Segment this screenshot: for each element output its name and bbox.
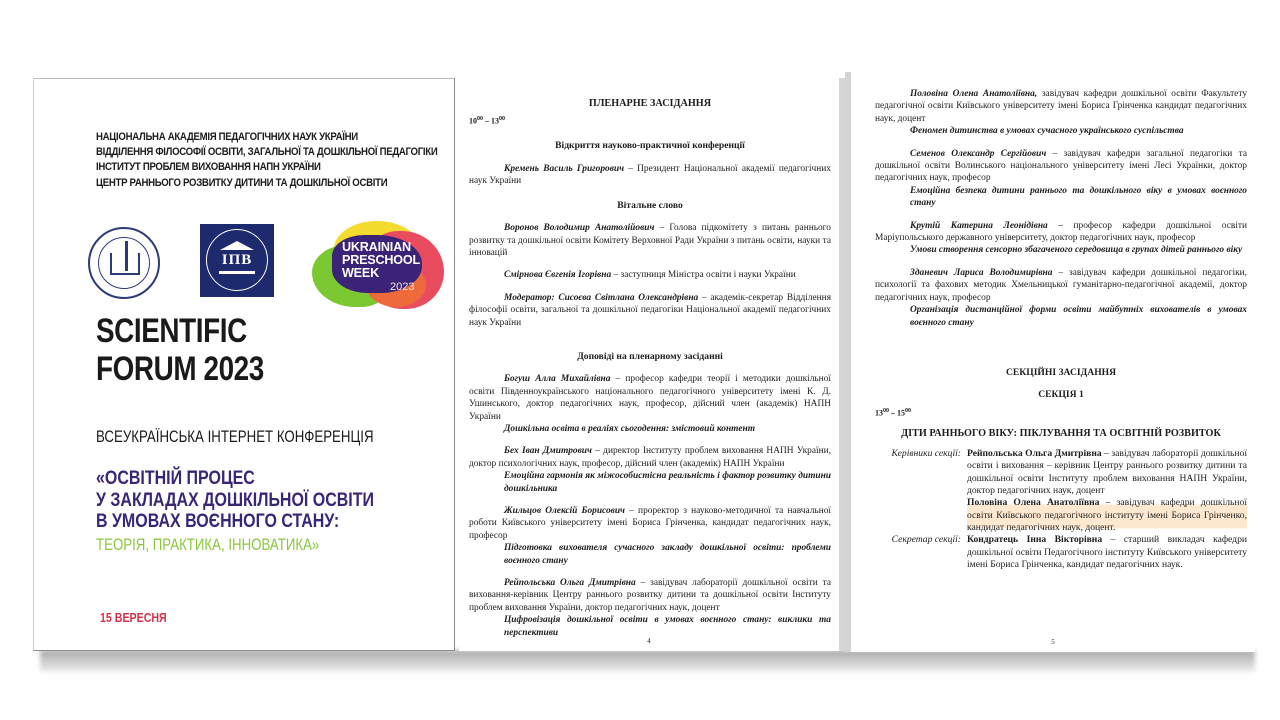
section-secretary: Секретар секції: Кондратець Інна Вікторі… bbox=[875, 534, 1247, 571]
speaker-entry: Воронов Володимир Анатолійович – Голова … bbox=[469, 222, 831, 259]
report-entry: Крутій Катерина Леонідівна – професор ка… bbox=[875, 220, 1247, 245]
report-topic: Умови створення сенсорно збагаченого сер… bbox=[875, 244, 1247, 256]
organization-line: ВІДДІЛЕННЯ ФІЛОСОФІЇ ОСВІТИ, ЗАГАЛЬНОЇ Т… bbox=[96, 145, 437, 160]
speaker-entry: Смірнова Євгенія Ігорівна – заступниця М… bbox=[469, 269, 831, 281]
report-entry: Рейпольська Ольга Дмитрівна – завідувач … bbox=[469, 577, 831, 614]
report-entry: Бех Іван Дмитрович – директор Інституту … bbox=[469, 445, 831, 470]
page-number: 5 bbox=[851, 636, 1255, 648]
report-entry: Жильцов Олексій Борисович – проректор з … bbox=[469, 505, 831, 542]
report-topic: Феномен дитинства в умовах сучасного укр… bbox=[875, 125, 1247, 137]
report-topic: Організація дистанційної форми освіти ма… bbox=[875, 304, 1247, 329]
speaker-entry: Кремень Василь Григорович – Президент На… bbox=[469, 163, 831, 188]
section-title: СЕКЦІЯ 1 bbox=[875, 389, 1247, 401]
secretary-label: Секретар секції: bbox=[875, 534, 967, 571]
leaders-label: Керівники секції: bbox=[875, 448, 967, 534]
program-page-4: ПЛЕНАРНЕ ЗАСІДАННЯ 1000 – 1300 Відкриття… bbox=[459, 78, 845, 651]
logos-row: ІПВ UKRAINIAN PRESCHOOL WEEK 2023 bbox=[82, 219, 442, 309]
organizations-list: НАЦІОНАЛЬНА АКАДЕМІЯ ПЕДАГОГІЧНИХ НАУК У… bbox=[96, 130, 437, 191]
report-entry: Семенов Олександр Сергійович – завідувач… bbox=[875, 148, 1247, 185]
opening-heading: Відкриття науково-практичної конференції bbox=[469, 140, 831, 152]
report-topic: Емоційна безпека дитини раннього та дошк… bbox=[875, 185, 1247, 210]
welcome-heading: Вітальне слово bbox=[469, 200, 831, 212]
forum-title: SCIENTIFIC FORUM 2023 bbox=[96, 312, 264, 388]
ipv-emblem-icon: ІПВ bbox=[200, 224, 274, 297]
ipv-letters: ІПВ bbox=[219, 252, 255, 269]
page-number: 4 bbox=[459, 635, 839, 647]
leader-entry: Рейпольська Ольга Дмитрівна – завідувач … bbox=[967, 448, 1247, 497]
section-leaders: Керівники секції: Рейпольська Ольга Дмит… bbox=[875, 448, 1247, 534]
napn-emblem-icon bbox=[88, 227, 160, 299]
leader-entry: Половіна Олена Анатоліївна – завідувач к… bbox=[967, 497, 1247, 534]
reports-heading: Доповіді на пленарному засіданні bbox=[469, 351, 831, 363]
ukrainian-preschool-week-logo: UKRAINIAN PRESCHOOL WEEK 2023 bbox=[312, 219, 442, 311]
plenary-time: 1000 – 1300 bbox=[469, 113, 831, 128]
report-topic: Дошкільна освіта в реаліях сьогодення: з… bbox=[469, 423, 831, 435]
report-entry: Половіна Олена Анатоліївна, завідувач ка… bbox=[875, 88, 1247, 125]
cover-page: НАЦІОНАЛЬНА АКАДЕМІЯ ПЕДАГОГІЧНИХ НАУК У… bbox=[33, 78, 455, 651]
program-page-5: Половіна Олена Анатоліївна, завідувач ка… bbox=[845, 72, 1255, 652]
report-entry: Зданевич Лариса Володимирівна – завідува… bbox=[875, 267, 1247, 304]
conference-date: 15 ВЕРЕСНЯ bbox=[100, 611, 167, 625]
plenary-heading: ПЛЕНАРНЕ ЗАСІДАННЯ bbox=[469, 98, 831, 110]
section-time: 1300 – 1500 bbox=[875, 405, 1247, 420]
conference-subtitle: ВСЕУКРАЇНСЬКА ІНТЕРНЕТ КОНФЕРЕНЦІЯ bbox=[96, 427, 374, 447]
organization-line: ІНСТИТУТ ПРОБЛЕМ ВИХОВАННЯ НАПН УКРАЇНИ bbox=[96, 160, 437, 175]
report-entry: Богуш Алла Михайлівна – професор кафедри… bbox=[469, 373, 831, 423]
report-topic: Підготовка вихователя сучасного закладу … bbox=[469, 542, 831, 567]
sections-heading: СЕКЦІЙНІ ЗАСІДАННЯ bbox=[875, 367, 1247, 379]
organization-line: НАЦІОНАЛЬНА АКАДЕМІЯ ПЕДАГОГІЧНИХ НАУК У… bbox=[96, 130, 437, 145]
moderator-entry: Модератор: Сисоєва Світлана Олександрівн… bbox=[469, 292, 831, 329]
section-theme: ДІТИ РАННЬОГО ВІКУ: ПІКЛУВАННЯ ТА ОСВІТН… bbox=[875, 428, 1247, 440]
ups-logo-year: 2023 bbox=[390, 281, 414, 293]
organization-line: ЦЕНТР РАННЬОГО РОЗВИТКУ ДИТИНИ ТА ДОШКІЛ… bbox=[96, 176, 437, 191]
secretary-entry: Кондратець Інна Вікторівна – старший вик… bbox=[967, 534, 1247, 571]
page-shadow bbox=[40, 650, 1255, 674]
conference-theme-subtitle: ТЕОРІЯ, ПРАКТИКА, ІННОВАТИКА» bbox=[96, 535, 319, 555]
conference-theme: «ОСВІТНІЙ ПРОЦЕС У ЗАКЛАДАХ ДОШКІЛЬНОЇ О… bbox=[96, 468, 374, 533]
report-topic: Емоційна гармонія як міжособистісна реал… bbox=[469, 470, 831, 495]
ups-logo-text: UKRAINIAN PRESCHOOL WEEK bbox=[342, 241, 420, 280]
